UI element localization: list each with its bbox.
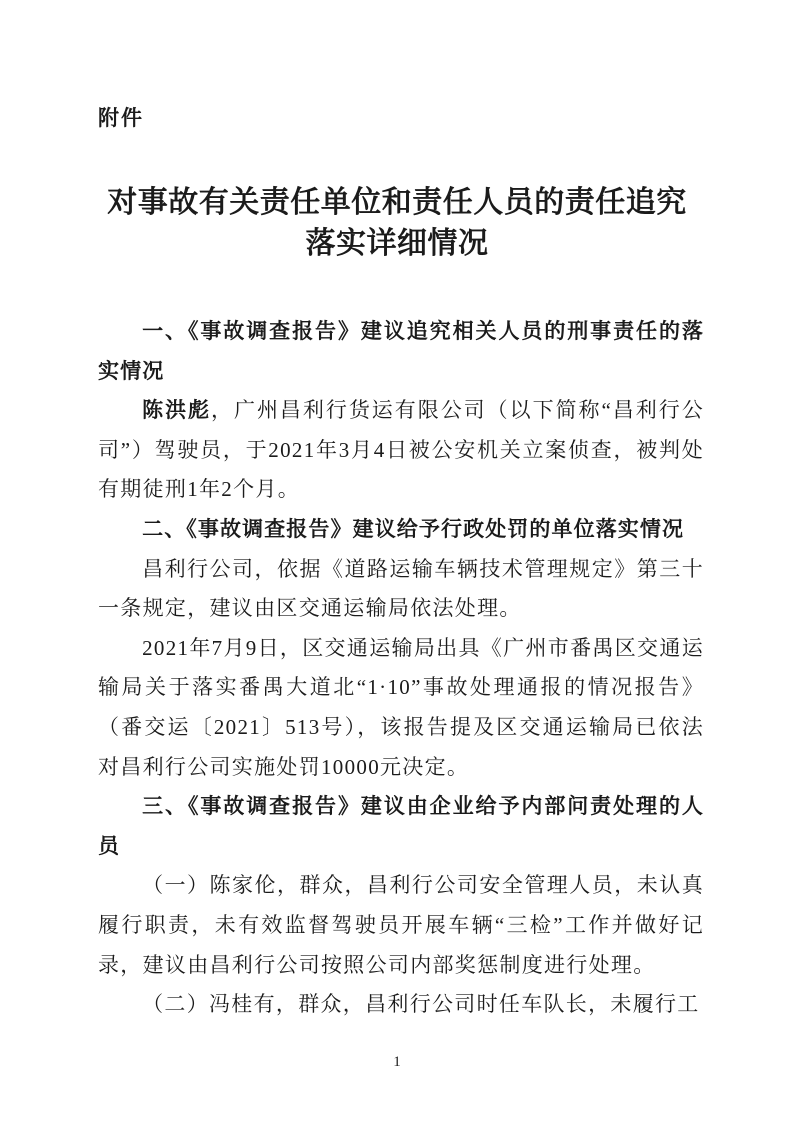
body-paragraph: （一）陈家伦，群众，昌利行公司安全管理人员，未认真履行职责，未有效监督驾驶员开展… <box>98 866 704 985</box>
attachment-label: 附件 <box>98 104 144 134</box>
document-title-line-1: 对事故有关责任单位和责任人员的责任追究 <box>60 182 734 223</box>
section-heading: 一、《事故调查报告》建议追究相关人员的刑事责任的落实情况 <box>98 312 704 391</box>
document-body: 一、《事故调查报告》建议追究相关人员的刑事责任的落实情况陈洪彪，广州昌利行货运有… <box>98 312 704 1025</box>
document-title: 对事故有关责任单位和责任人员的责任追究 落实详细情况 <box>60 182 734 264</box>
body-paragraph: （二）冯桂有，群众，昌利行公司时任车队长，未履行工 <box>98 985 704 1025</box>
section-heading: 三、《事故调查报告》建议由企业给予内部问责处理的人员 <box>98 787 704 866</box>
body-paragraph: 昌利行公司，依据《道路运输车辆技术管理规定》第三十一条规定，建议由区交通运输局依… <box>98 550 704 629</box>
page-number: 1 <box>0 1052 794 1072</box>
body-paragraph: 2021年7月9日，区交通运输局出具《广州市番禺区交通运输局关于落实番禺大道北“… <box>98 629 704 787</box>
person-name: 陈洪彪 <box>142 399 211 422</box>
section-heading: 二、《事故调查报告》建议给予行政处罚的单位落实情况 <box>98 510 704 550</box>
body-paragraph: 陈洪彪，广州昌利行货运有限公司（以下简称“昌利行公司”）驾驶员，于2021年3月… <box>98 391 704 510</box>
document-title-line-2: 落实详细情况 <box>60 223 734 264</box>
document-page: 附件 对事故有关责任单位和责任人员的责任追究 落实详细情况 一、《事故调查报告》… <box>0 0 794 1123</box>
